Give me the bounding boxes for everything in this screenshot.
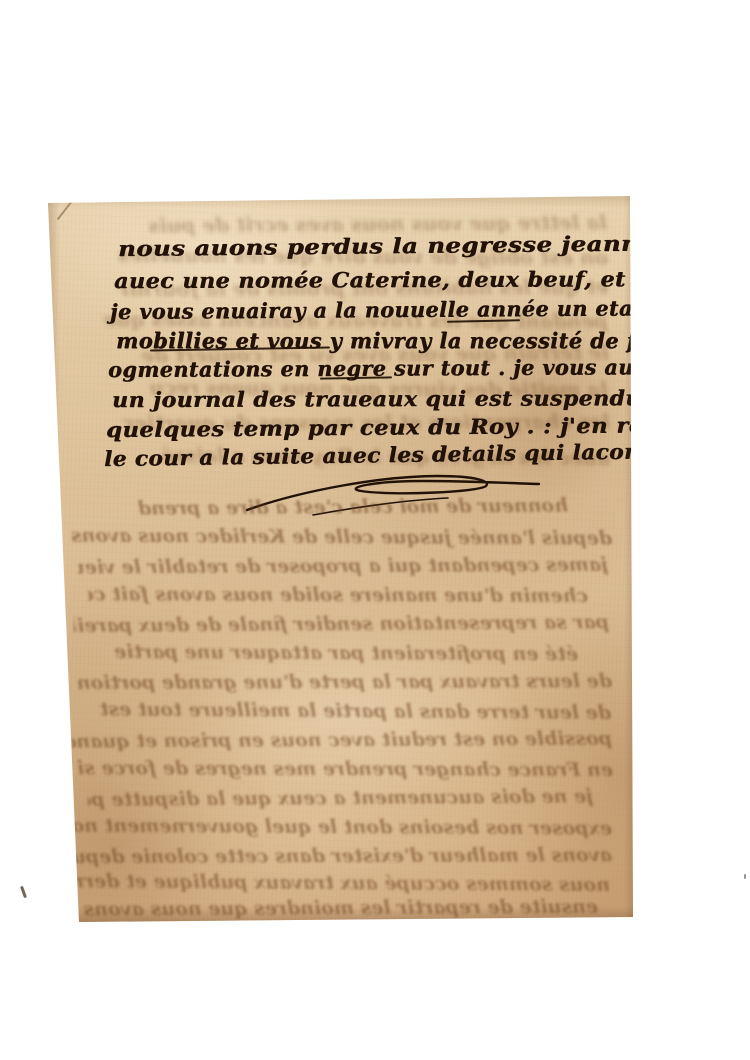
bleedthrough-line: été en profiteraient par attaquer une pa…: [108, 641, 578, 665]
bleedthrough-line: nous sommes occupé aux travaux publique …: [70, 870, 610, 896]
bleedthrough-line: chemin d'une maniere solide nous avons f…: [88, 583, 588, 607]
bleedthrough-line: je ne dois aucunement a ceux que la disp…: [88, 785, 593, 811]
letter-line: ogmentations en negre sur tout . je vous…: [108, 354, 750, 382]
bleedthrough-line: de leur terre dans la partie la meilleur…: [76, 698, 611, 724]
bleedthrough-line: exposer nos besoins dont le quel gouvern…: [70, 815, 612, 840]
bleedthrough-line: de leurs travaux par la perte d'une gran…: [72, 670, 612, 694]
bleedthrough-line: honneur de moi cela c'est a dire a prend…: [138, 494, 568, 519]
bleedthrough-line: avons le malheur d'exister dans cette co…: [72, 844, 612, 868]
letter-line: je vous enuairay a la nouuelle année un …: [110, 295, 748, 324]
bleedthrough-line: par sa representation sendier finale de …: [74, 611, 609, 637]
bleedthrough-line: james cependant qui a proposer de retabl…: [78, 554, 608, 579]
scanned-letter-photo: la lettre que vous nous aves ecrit de pu…: [0, 0, 750, 1060]
letter-line: auec une nomée Caterine, deux beuf, et u…: [114, 266, 750, 293]
ink-speck: [20, 886, 27, 898]
letter-line: le cour a la suite auec les details qui …: [104, 437, 750, 471]
letter-line: un journal des traueaux qui est suspendu…: [112, 385, 747, 412]
letter-line: nous auons perdus la negresse jeannette: [118, 230, 695, 261]
ink-speck: [744, 874, 746, 879]
letter-line: quelques temp par ceux du Roy . : j'en r…: [106, 411, 750, 442]
bleedthrough-line: en France changer prendre mes negres de …: [68, 757, 613, 781]
bleedthrough-line: possible on est reduit avec nous en pris…: [72, 728, 612, 753]
bleedthrough-line: depuis l'année jusque celle de Kerlidec …: [72, 525, 612, 550]
bleedthrough-line: ensuite de repartir les moindres que nou…: [78, 896, 598, 921]
letter-page: la lettre que vous nous aves ecrit de pu…: [48, 196, 634, 922]
